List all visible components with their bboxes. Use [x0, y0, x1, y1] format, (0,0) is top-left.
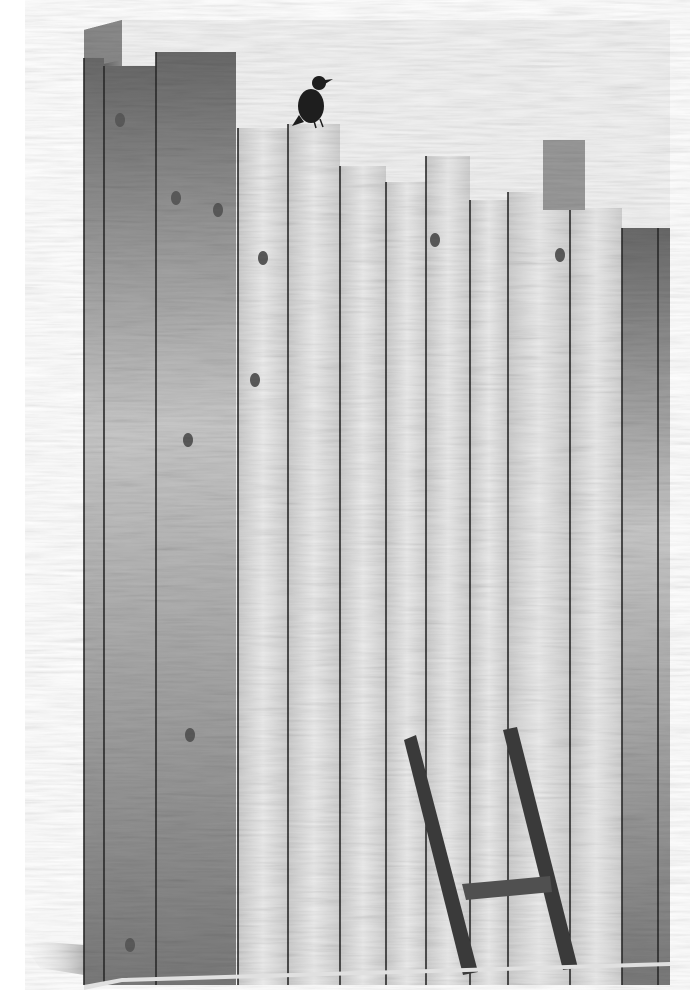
canvas-print-scene [0, 0, 690, 990]
drop-shadow [20, 940, 84, 975]
